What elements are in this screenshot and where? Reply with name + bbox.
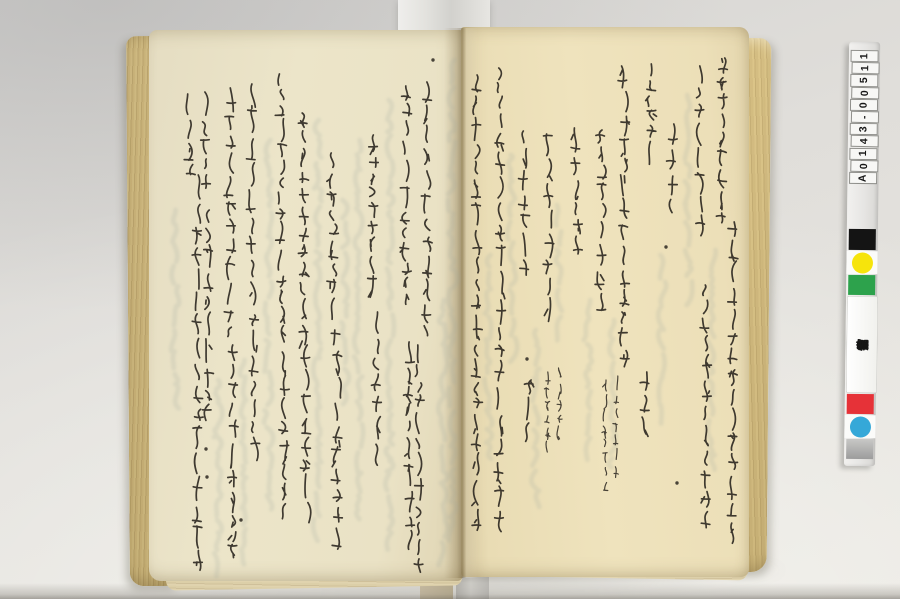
archives-name-text: 福井県文書館	[0, 0, 1, 1]
id-label-cell: 1	[849, 147, 877, 160]
archives-label	[846, 296, 878, 393]
id-label-cell: 5	[850, 74, 878, 87]
id-label-cell: 0	[851, 86, 879, 99]
stick-blank-segment	[847, 184, 879, 228]
id-label-cell: 1	[851, 62, 879, 75]
stick-id-text: A0143-00511	[0, 0, 1, 1]
id-label-cell: 0	[849, 99, 877, 112]
id-label-cell: 1	[850, 50, 878, 63]
gray-square-patch	[844, 438, 875, 460]
stick-bottom-cap	[844, 460, 875, 466]
manuscript-right-page	[461, 27, 749, 577]
archives-label-glyph	[855, 337, 869, 351]
id-label-cell: 4	[850, 135, 878, 148]
cyan-circle-patch	[844, 415, 875, 438]
green-square-patch	[846, 274, 877, 296]
id-label-cell: 3	[849, 123, 877, 136]
id-label: 11500-3410A	[847, 50, 880, 184]
id-label-cell: A	[849, 172, 877, 185]
book-gutter-shadow	[444, 28, 478, 578]
red-square-patch	[845, 393, 876, 415]
id-label-cell: 0	[850, 159, 878, 172]
archival-photo: A0143-00511 福井県文書館 11500-3410A	[0, 0, 900, 599]
scale-stick: 11500-3410A	[844, 42, 880, 466]
id-label-cell: -	[850, 111, 878, 124]
manuscript-left-page	[149, 30, 463, 581]
black-square-patch	[847, 228, 878, 251]
yellow-circle-patch	[846, 251, 877, 274]
